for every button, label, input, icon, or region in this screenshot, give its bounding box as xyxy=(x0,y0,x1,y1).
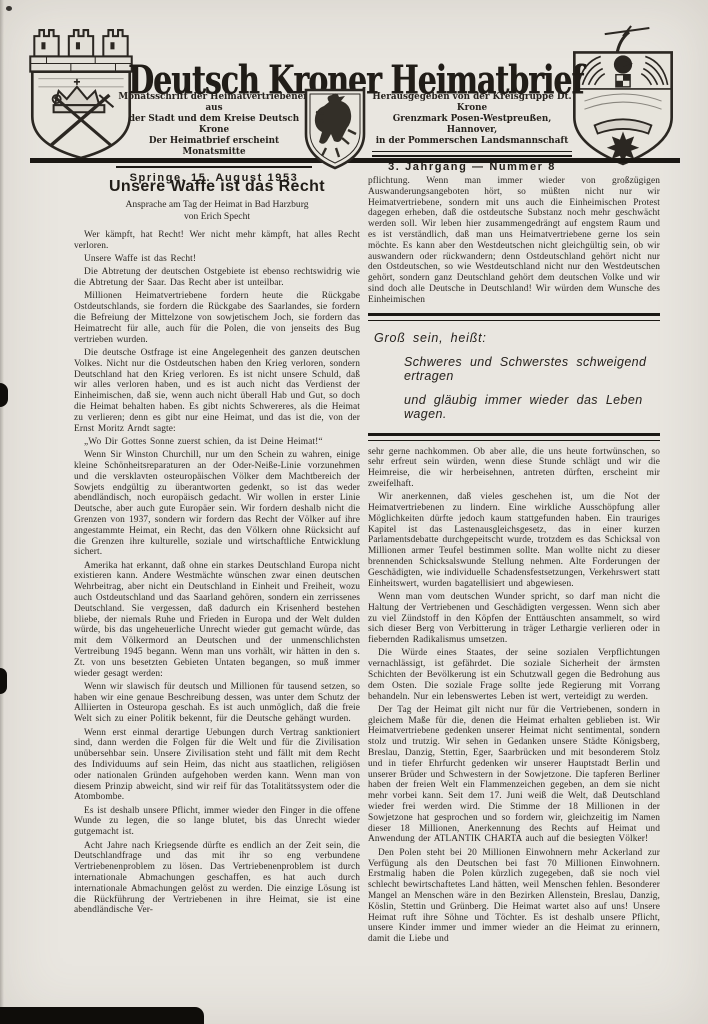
scan-artifact-bottom-bar xyxy=(0,1007,204,1024)
pomeranian-griffin-shield-icon xyxy=(302,86,368,174)
scan-edge-shadow xyxy=(0,0,4,1024)
masthead-subtitle-line: in der Pommerschen Landsmannschaft xyxy=(372,136,572,147)
scan-artifact-corner-dot xyxy=(6,6,12,11)
masthead-subtitle-line: Herausgegeben von der Kreisgruppe Dt. Kr… xyxy=(372,92,572,114)
dateline-volume-number: 3. Jahrgang — Nummer 8 xyxy=(372,162,572,173)
paragraph: Wer kämpft, hat Recht! Wer nicht mehr kä… xyxy=(74,230,360,252)
masthead-subtitle-line: Grenzmark Posen-Westpreußen, Hannover, xyxy=(372,114,572,136)
paragraph: Wenn wir slawisch für deutsch und Millio… xyxy=(74,682,360,725)
paragraph: Die Würde eines Staates, der seine sozia… xyxy=(368,648,660,702)
paragraph: Acht Jahre nach Kriegsende dürfte es end… xyxy=(74,841,360,917)
quote-intro: Groß sein, heißt: xyxy=(374,331,658,345)
grenzmark-eagle-sword-arms-icon xyxy=(570,24,676,170)
quote-bottom-rule xyxy=(368,433,660,441)
article-headline: Unsere Waffe ist das Recht xyxy=(74,178,360,196)
paragraph: sehr gerne nachkommen. Ob aber alle, die… xyxy=(368,447,660,490)
paragraph: pflichtung. Wenn man immer wieder von gr… xyxy=(368,176,660,306)
paragraph: Die Abtretung der deutschen Ostgebiete i… xyxy=(74,267,360,289)
quote-line: und gläubig immer wieder das Leben wagen… xyxy=(404,393,658,421)
newspaper-page: Deutsch Kroner Heimatbrief Monatsschrift… xyxy=(0,0,708,1024)
masthead-left-block: Monatsschrift der Heimatvertriebenen aus… xyxy=(116,92,312,184)
paragraph: Wenn Sir Winston Churchill, nur um den S… xyxy=(74,450,360,558)
quote-body: Groß sein, heißt: Schweres und Schwerste… xyxy=(368,321,660,433)
masthead-subtitle-line: Der Heimatbrief erscheint Monatsmitte xyxy=(116,136,312,158)
double-rule xyxy=(372,151,572,157)
masthead-subtitle-line: der Stadt und dem Kreise Deutsch Krone xyxy=(116,114,312,136)
paragraph: Wenn erst einmal derartige Uebungen durc… xyxy=(74,728,360,804)
quote-top-rule xyxy=(368,313,660,321)
paragraph: Amerika hat erkannt, daß ohne ein starke… xyxy=(74,561,360,680)
paragraph: Es ist deshalb unsere Pflicht, immer wie… xyxy=(74,806,360,838)
article-byline: von Erich Specht xyxy=(74,211,360,223)
paragraph: Den Polen steht bei 20 Millionen Einwohn… xyxy=(368,848,660,945)
right-column: pflichtung. Wenn man immer wieder von gr… xyxy=(368,176,660,947)
paragraph: Die deutsche Ostfrage ist eine Angelegen… xyxy=(74,348,360,434)
masthead-subtitle-line: Monatsschrift der Heimatvertriebenen aus xyxy=(116,92,312,114)
quote-line: Schweres und Schwerstes schweigend ertra… xyxy=(404,355,658,383)
scan-artifact-left-blob xyxy=(0,383,8,407)
pull-quote-box: Groß sein, heißt: Schweres und Schwerste… xyxy=(368,313,660,441)
paragraph: „Wo Dir Gottes Sonne zuerst schien, da i… xyxy=(74,437,360,448)
paragraph: Wenn man vom deutschen Wunder spricht, s… xyxy=(368,592,660,646)
left-column: Unsere Waffe ist das Recht Ansprache am … xyxy=(74,176,360,919)
article-subhead: Ansprache am Tag der Heimat in Bad Harzb… xyxy=(74,199,360,211)
paragraph: Unsere Waffe ist das Recht! xyxy=(74,254,360,265)
paragraph: Wir anerkennen, daß vieles geschehen ist… xyxy=(368,492,660,589)
paragraph: Der Tag der Heimat gilt nicht nur für di… xyxy=(368,705,660,845)
paragraph: Millionen Heimatvertriebene fordern heut… xyxy=(74,291,360,345)
scan-artifact-left-blob xyxy=(0,668,7,694)
